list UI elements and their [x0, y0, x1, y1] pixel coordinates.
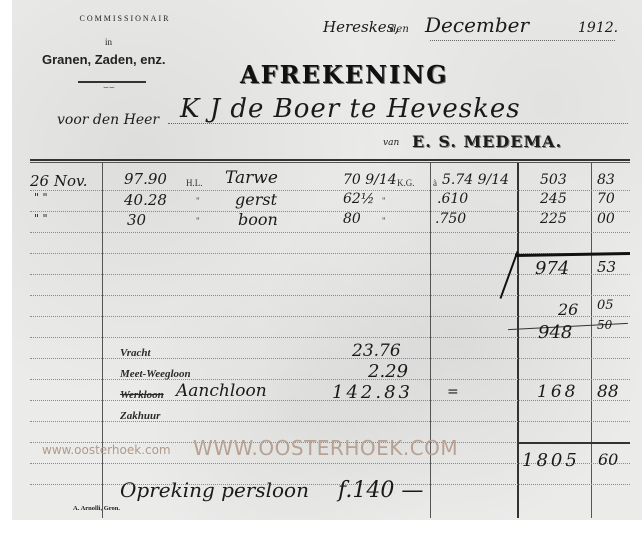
- voor-den-heer-label: voor den Heer: [57, 112, 159, 128]
- item-date: " ": [34, 212, 48, 225]
- item-amount: 225: [540, 211, 567, 227]
- charge-result-amount: 168: [537, 382, 578, 402]
- watermark-small: www.oosterhoek.com: [42, 443, 171, 457]
- watermark-large: WWW.OOSTERHOEK.COM: [193, 436, 458, 460]
- charge-label-vracht: Vracht: [120, 347, 151, 359]
- date-month: December: [425, 13, 529, 37]
- printer-imprint: A. Arnolli, Gron.: [73, 505, 120, 512]
- column-divider-cents: [591, 163, 592, 518]
- table-top-rule-thin: [30, 162, 630, 163]
- item-weight-unit: ": [382, 216, 386, 226]
- item-date: " ": [34, 191, 48, 204]
- item-price: .610: [437, 191, 468, 207]
- commission-heading: COMMISSIONAIR: [55, 14, 195, 23]
- charge-value-werkloon: 142.83: [332, 382, 413, 403]
- item-amount: 245: [540, 191, 567, 207]
- van-label: van: [383, 138, 399, 148]
- item-unit: ": [196, 196, 200, 206]
- footer-note-amount: f.140 —: [338, 478, 423, 503]
- column-divider-date: [102, 163, 103, 518]
- row-line: [30, 295, 630, 296]
- charge-label-zakhuur: Zakhuur: [120, 410, 160, 422]
- item-quantity: 97.90: [124, 170, 167, 188]
- footer-handwritten-note: Opreking persloon: [120, 478, 309, 502]
- row-line: [30, 316, 630, 317]
- place-name: Hereskes,: [323, 18, 399, 36]
- column-divider-price: [430, 163, 431, 518]
- item-product: boon: [238, 210, 278, 229]
- table-top-rule: [30, 159, 630, 161]
- item-unit: ": [196, 216, 200, 226]
- item-weight: 70 9/14: [343, 172, 397, 188]
- document-title: AFREKENING: [240, 60, 449, 89]
- deduction-amount: 26: [558, 300, 578, 319]
- charge-label-meet-weegloon: Meet-Weegloon: [120, 368, 191, 380]
- item-amount-cents: 83: [597, 172, 615, 188]
- item-weight: 80: [343, 211, 361, 227]
- charge-result-cents: 88: [597, 382, 619, 402]
- net-amount: 948: [538, 322, 572, 343]
- row-line: [30, 232, 630, 233]
- item-weight: 62½: [343, 191, 374, 207]
- recipient-name: K J de Boer te Heveskes: [180, 94, 521, 124]
- item-amount-cents: 00: [597, 211, 615, 227]
- grand-total-amount: 1805: [522, 450, 580, 471]
- subtotal-cents: 53: [597, 258, 616, 276]
- item-product: gerst: [235, 190, 277, 209]
- net-cents: 50: [597, 318, 612, 332]
- recipient-dotted-line: [168, 123, 628, 124]
- item-unit: H.L.: [186, 178, 203, 188]
- subtotal-amount: 974: [535, 258, 569, 279]
- trade-line: Granen, Zaden, enz.: [42, 52, 166, 67]
- charge-value-vracht: 23.76: [352, 341, 401, 361]
- column-divider-amount: [517, 163, 519, 518]
- item-price: .750: [435, 211, 466, 227]
- item-weight-unit: ": [382, 196, 386, 206]
- date-year: 1912.: [578, 20, 618, 36]
- item-amount: 503: [540, 172, 567, 188]
- grand-total-cents: 60: [598, 450, 618, 469]
- charge-label-werkloon: Werkloon: [120, 389, 164, 401]
- deduction-cents: 05: [597, 298, 614, 313]
- date-dotted-line: [430, 40, 615, 41]
- item-product: Tarwe: [225, 168, 278, 188]
- charge-extra-aanchloon: Aanchloon: [176, 381, 267, 401]
- item-weight-unit: K.G.: [397, 178, 415, 188]
- item-quantity: 40.28: [124, 191, 167, 209]
- item-date: 26 Nov.: [30, 172, 87, 190]
- item-price-prefix: à: [433, 178, 437, 188]
- ornament-curl-icon: ⌣⌣: [103, 83, 115, 93]
- grand-total-rule: [517, 442, 630, 444]
- charge-value-meet-weegloon: 2.29: [368, 361, 408, 382]
- item-amount-cents: 70: [597, 191, 615, 207]
- item-quantity: 30: [127, 211, 146, 229]
- in-label: in: [105, 37, 112, 47]
- equals-mark: =: [447, 384, 459, 400]
- den-label: den: [390, 24, 409, 35]
- item-price: 5.74 9/14: [442, 172, 509, 188]
- seller-name: E. S. MEDEMA.: [412, 132, 562, 151]
